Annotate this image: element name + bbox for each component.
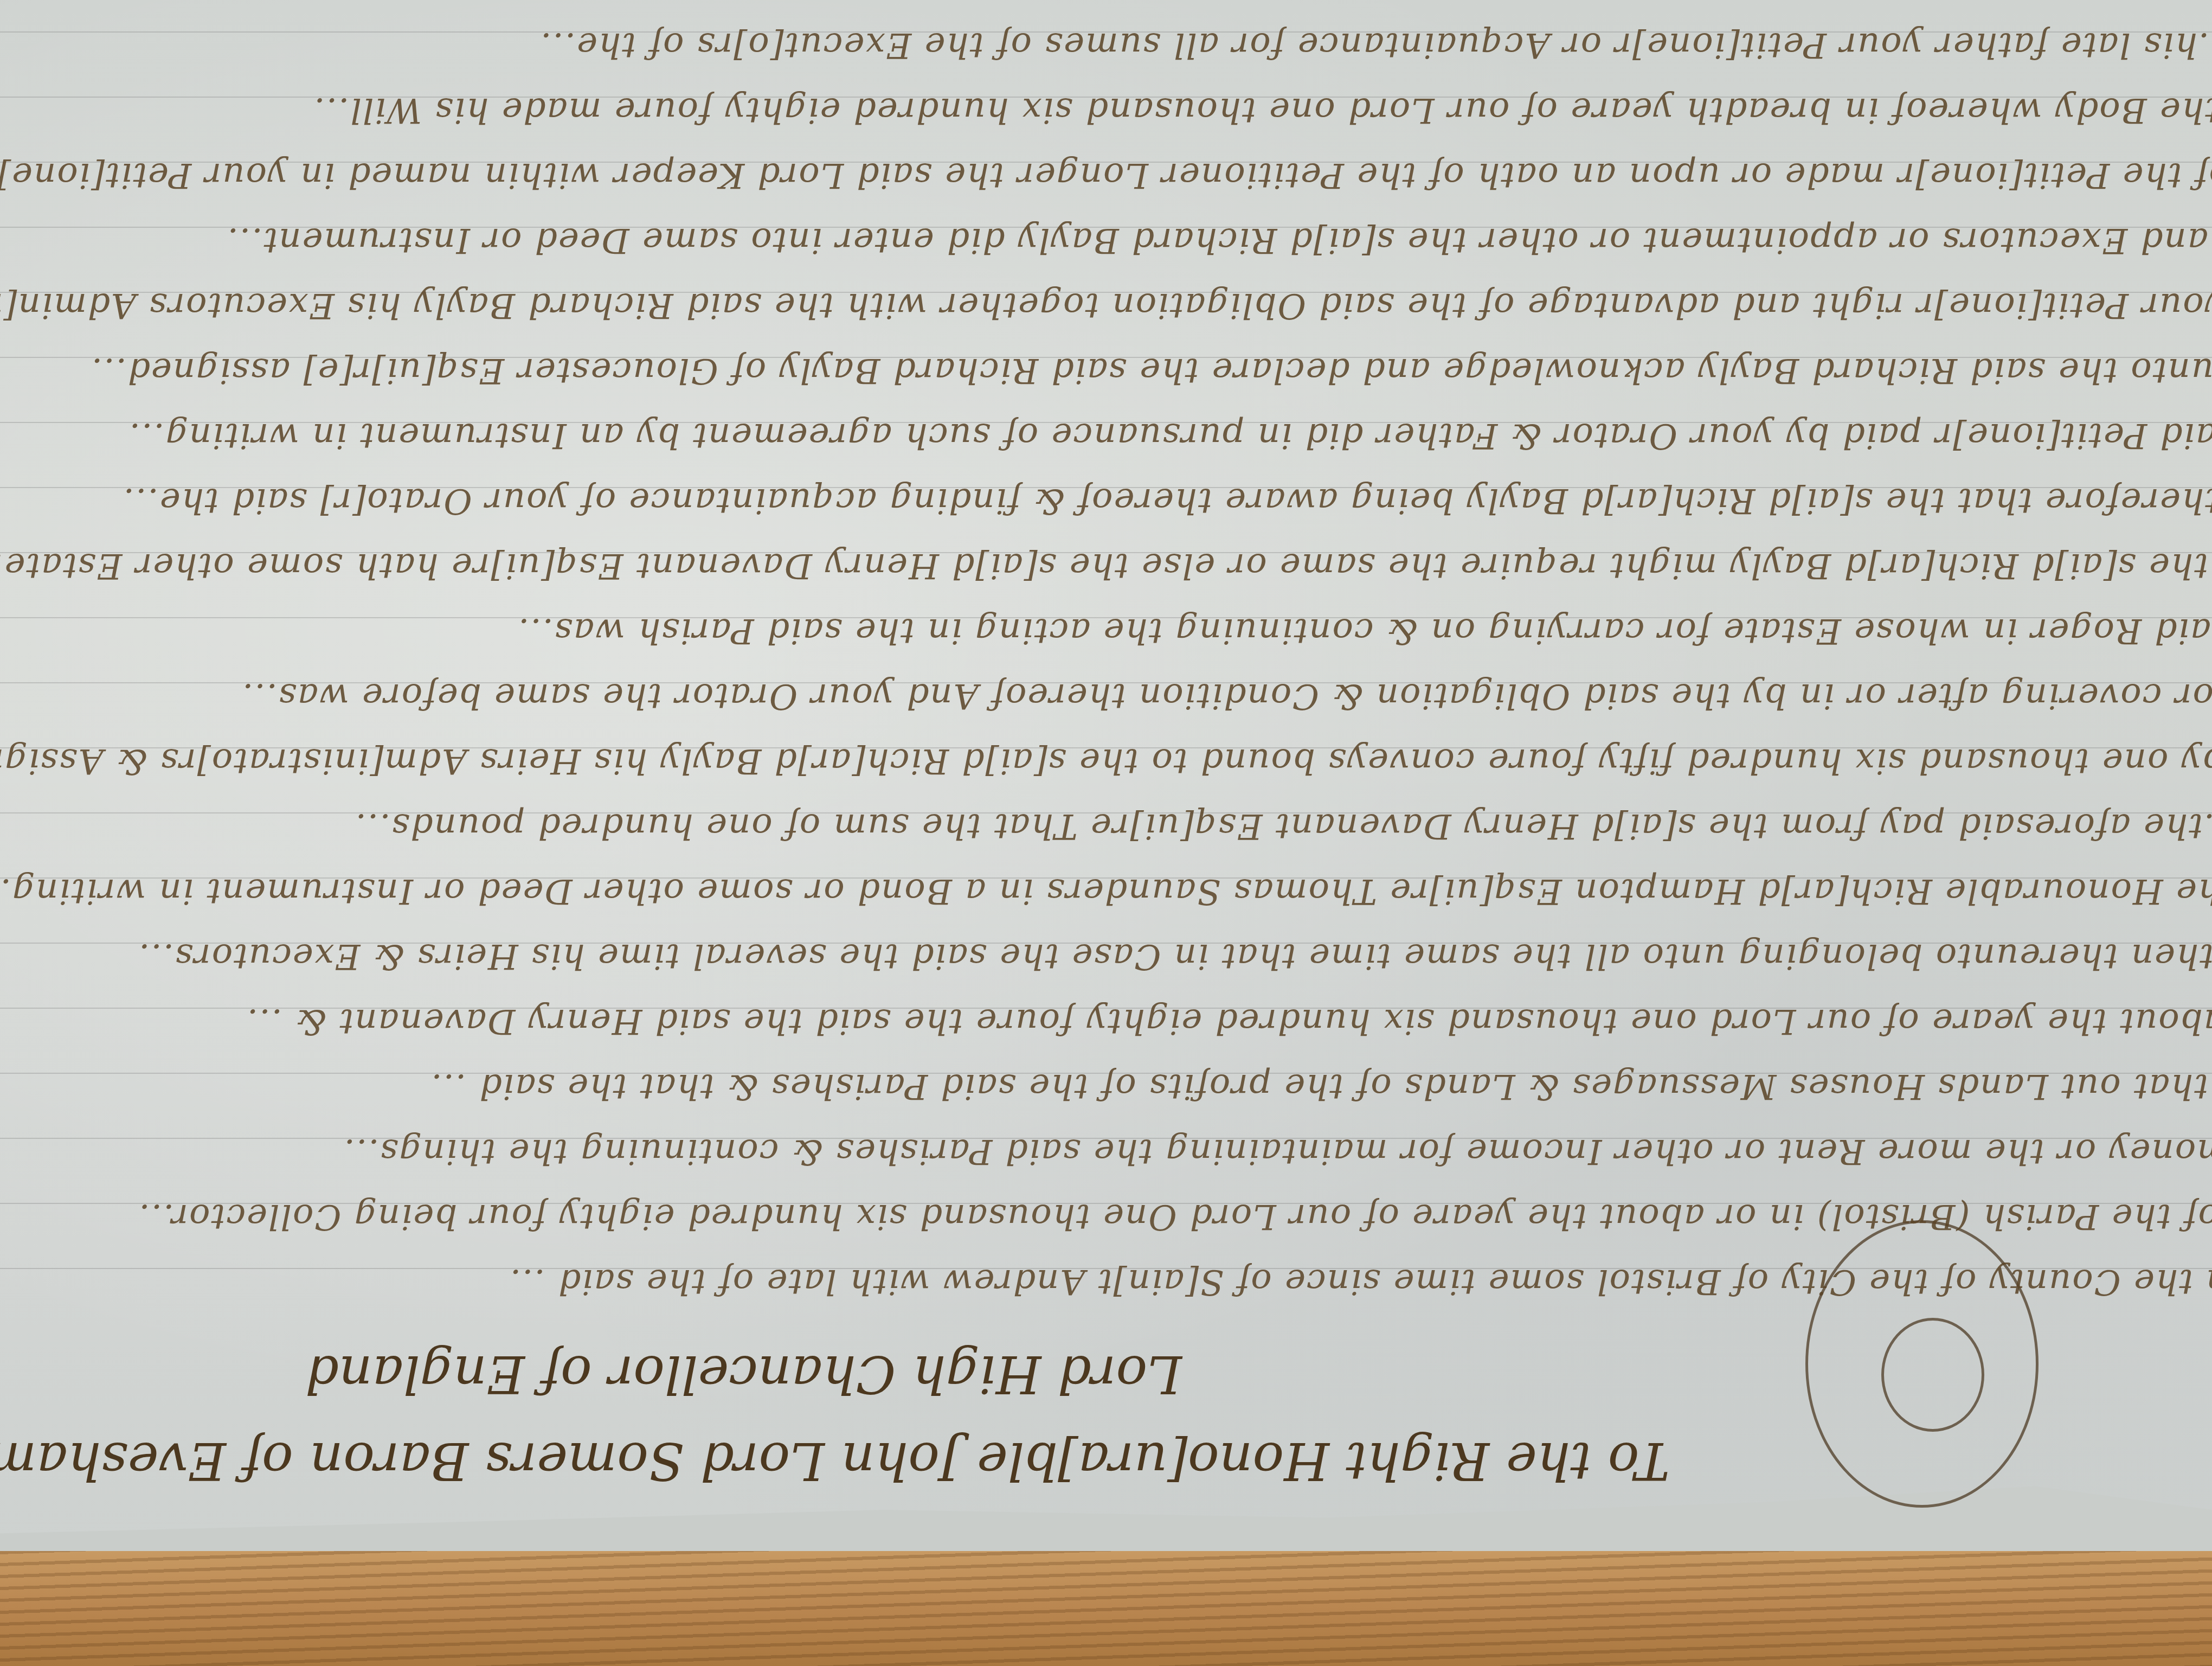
- body-line-12: ...by one thousand six hundred fifty fou…: [0, 741, 2212, 781]
- body-line-5: ...your Petit[ione]r right and advantage…: [0, 285, 2212, 325]
- body-line-16: ...about the yeare of our Lord one thous…: [246, 1001, 2212, 1041]
- body-line-15: ...then thereunto belonging unto all the…: [138, 936, 2212, 976]
- body-line-13: ...the aforesaid pay from the s[ai]d Hen…: [355, 806, 2212, 846]
- signature-flourish-inner-icon: [1881, 1318, 1984, 1432]
- body-line-4: ...and Executors or appointment or other…: [227, 220, 2212, 260]
- body-line-7: ...said Petit[ione]r paid by your Orator…: [128, 415, 2212, 456]
- heading-line-2: Lord High Chancellor of England: [305, 1344, 1182, 1405]
- body-line-2: ...the Body whereof in breadth yeare of …: [313, 90, 2212, 130]
- body-line-19: ...of the Parish (Bristol) in or about t…: [138, 1196, 2212, 1236]
- body-line-6: ...unto the said Richard Bayly acknowled…: [91, 350, 2212, 390]
- body-line-1: ...his late father your Petit[ione]r or …: [539, 25, 2212, 65]
- body-line-8: ...therefore that the s[ai]d Rich[ar]d B…: [123, 480, 2212, 521]
- heading-line-1: To the Right Hono[ura]ble John Lord Some…: [0, 1431, 1670, 1491]
- body-line-20: ...in the County of the City of Bristol …: [509, 1261, 2212, 1302]
- body-line-10: ...said Roger in whose Estate for carryi…: [517, 611, 2212, 651]
- body-line-9: ...the s[ai]d Rich[ar]d Bayly might requ…: [0, 546, 2212, 586]
- manuscript-content: To the Right Hono[ura]ble John Lord Some…: [0, 0, 2212, 1573]
- body-line-11: ...or covering after or in by the said O…: [241, 676, 2212, 716]
- body-line-3: ...of the Petit[ione]r made or upon an o…: [0, 155, 2212, 195]
- body-line-14: ...the Honourable Rich[ar]d Hampton Esq[…: [0, 871, 2212, 911]
- body-line-18: ...money or the more Rent or other Incom…: [343, 1131, 2212, 1171]
- body-line-17: ...that out Lands Houses Messuages & Lan…: [430, 1066, 2212, 1106]
